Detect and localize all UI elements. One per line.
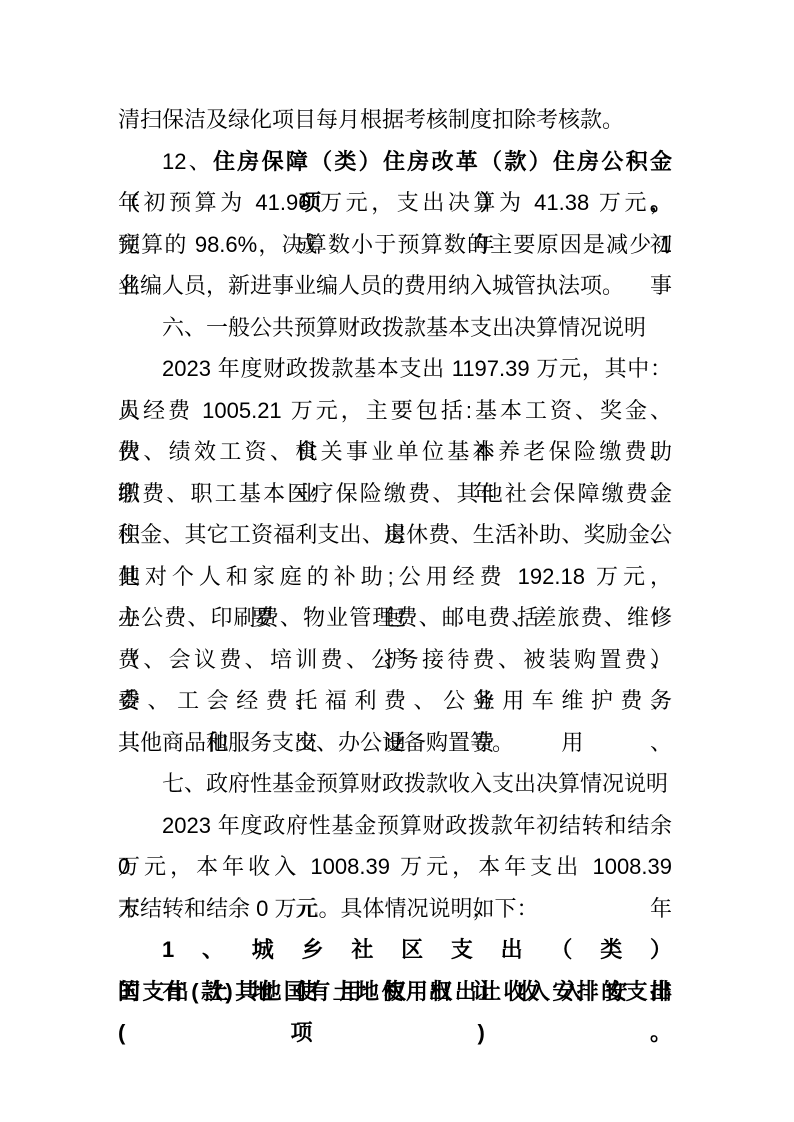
paragraph-continuation-line: 清扫保洁及绿化项目每月根据考核制度扣除考核款。 bbox=[118, 99, 672, 141]
document-body: 清扫保洁及绿化项目每月根据考核制度扣除考核款。 12、住房保障（类）住房改革（款… bbox=[118, 99, 672, 1012]
item-12-body-line: 预算的 98.6%，决算数小于预算数的主要原因是减少 1 名事 bbox=[118, 224, 672, 266]
section-6-body-line: 2023 年度财政拨款基本支出 1197.39 万元，其中：人 bbox=[118, 348, 672, 390]
section-6-body-line: 他对个人和家庭的补助;公用经费 192.18 万元，主要包括： bbox=[118, 556, 672, 598]
section-6-body-line: 费、工会经费、福利费、公务用车维护费、其他交通费用、 bbox=[118, 680, 672, 722]
item-1-heading-line: 1、城乡社区支出（类）国有土地使用权出让收入安排 bbox=[118, 929, 672, 971]
section-6-body-line: 办公费、印刷费、物业管理费、邮电费、差旅费、维修（护） bbox=[118, 597, 672, 639]
item-12-body-line: 业编人员，新进事业编人员的费用纳入城管执法项。 bbox=[118, 265, 672, 307]
section-7-body-line: 万元，本年收入 1008.39 万元，本年支出 1008.39 万元，年 bbox=[118, 846, 672, 888]
section-6-body-line: 费、会议费、培训费、公务接待费、被装购置费、委托业务 bbox=[118, 639, 672, 681]
item-12-heading: 12、住房保障（类）住房改革（款）住房公积金（项）。 bbox=[118, 141, 672, 183]
section-6-body-line: 费、绩效工资、机关事业单位基本养老保险缴费、职业年金 bbox=[118, 431, 672, 473]
item-12-number: 12、 bbox=[162, 149, 213, 174]
section-6-body-line: 缴费、职工基本医疗保险缴费、其他社会保障缴费、住房公 bbox=[118, 473, 672, 515]
item-1-heading-line: 的支出(款)其他国有土地使用权出让收入安排的支出(项)。 bbox=[118, 971, 672, 1013]
section-7-heading: 七、政府性基金预算财政拨款收入支出决算情况说明 bbox=[118, 763, 672, 805]
section-6-heading: 六、一般公共预算财政拨款基本支出决算情况说明 bbox=[118, 307, 672, 349]
item-12-body-line: 年初预算为 41.96 万元，支出决算为 41.38 万元，完成年初 bbox=[118, 182, 672, 224]
document-page: 清扫保洁及绿化项目每月根据考核制度扣除考核款。 12、住房保障（类）住房改革（款… bbox=[0, 0, 794, 1122]
section-7-body-line: 2023 年度政府性基金预算财政拨款年初结转和结余 0 bbox=[118, 805, 672, 847]
section-6-body-line: 员经费 1005.21 万元，主要包括:基本工资、奖金、伙食补助 bbox=[118, 390, 672, 432]
section-6-body-line: 积金、其它工资福利支出、退休费、生活补助、奖励金、其 bbox=[118, 514, 672, 556]
